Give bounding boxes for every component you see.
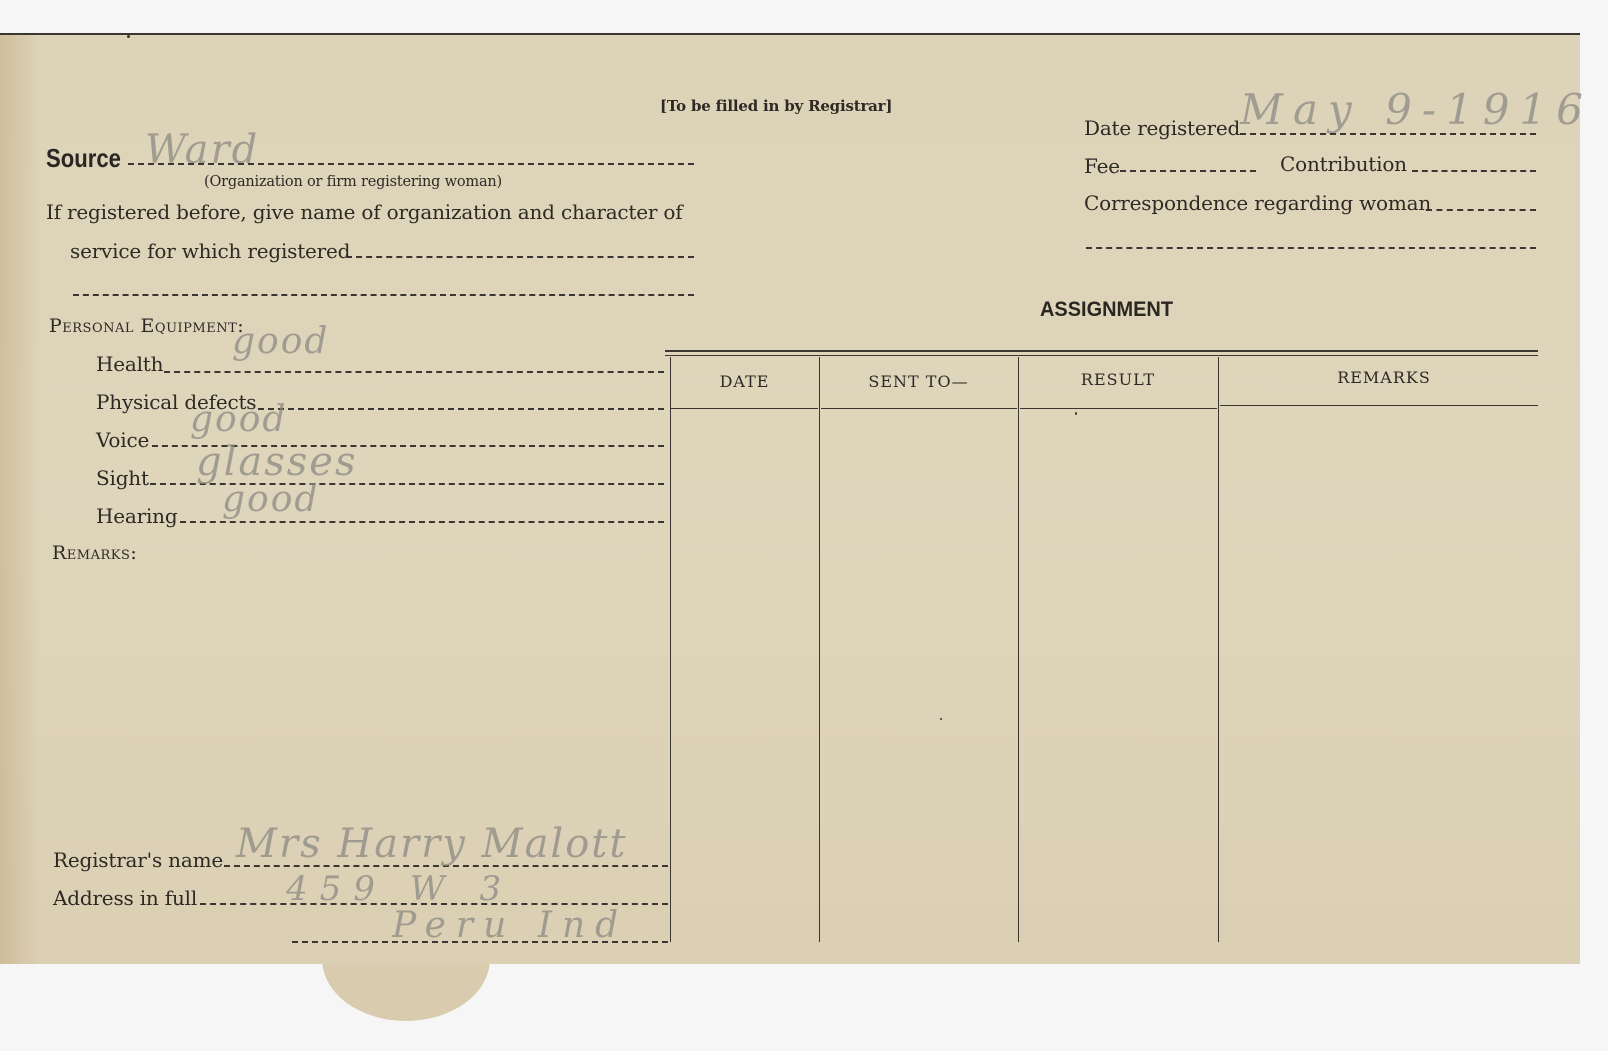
paper-speck xyxy=(940,718,942,720)
previous-registration-line-2 xyxy=(73,294,694,296)
sent-to-header-underline xyxy=(821,408,1017,409)
hearing-label: Hearing xyxy=(96,504,177,528)
paper-speck xyxy=(1075,412,1077,415)
remarks-header-underline xyxy=(1220,405,1538,406)
source-line xyxy=(128,163,694,165)
registrar-name-label: Registrar's name xyxy=(53,848,223,872)
date-registered-line xyxy=(1240,133,1536,135)
assignment-top-rule xyxy=(665,350,1538,352)
contribution-line xyxy=(1412,170,1536,172)
fee-label: Fee xyxy=(1084,154,1120,178)
hearing-value[interactable]: good xyxy=(222,479,319,520)
assignment-top-rule-2 xyxy=(665,355,1538,356)
column-header-sent-to: SENT TO— xyxy=(819,372,1018,391)
correspondence-label: Correspondence regarding woman xyxy=(1084,191,1431,215)
health-value[interactable]: good xyxy=(232,321,329,362)
registrar-note: [To be filled in by Registrar] xyxy=(660,97,892,115)
assignment-date-cell[interactable] xyxy=(672,411,818,941)
previous-registration-prompt: If registered before, give name of organ… xyxy=(46,200,682,224)
correspondence-line-2 xyxy=(1086,247,1536,249)
assignment-result-cell[interactable] xyxy=(1020,411,1217,941)
address-label: Address in full xyxy=(53,886,197,910)
correspondence-line xyxy=(1426,209,1536,211)
source-label: Source xyxy=(46,143,121,174)
personal-equipment-heading: Personal Equipment: xyxy=(49,315,244,337)
date-registered-value[interactable]: May 9-1916 xyxy=(1240,85,1593,134)
source-caption: (Organization or firm registering woman) xyxy=(204,174,502,190)
voice-label: Voice xyxy=(96,428,149,452)
remarks-area[interactable] xyxy=(52,565,652,825)
assignment-title: ASSIGNMENT xyxy=(1040,298,1173,322)
assignment-remarks-cell[interactable] xyxy=(1220,408,1538,941)
column-header-remarks: REMARKS xyxy=(1218,368,1550,387)
health-line xyxy=(164,371,664,373)
contribution-label: Contribution xyxy=(1280,152,1407,176)
hearing-line xyxy=(180,521,664,523)
voice-value[interactable]: good xyxy=(190,399,287,440)
assignment-col-divider-3 xyxy=(1218,357,1219,942)
sight-label: Sight xyxy=(96,466,149,490)
date-registered-label: Date registered xyxy=(1084,116,1240,140)
address-value-line2[interactable]: Peru Ind xyxy=(392,905,628,946)
registrar-name-value[interactable]: Mrs Harry Malott xyxy=(236,821,627,867)
address-value-line1[interactable]: 459 W 3 xyxy=(286,869,513,909)
column-header-result: RESULT xyxy=(1018,370,1218,389)
date-header-underline xyxy=(670,408,818,409)
previous-registration-prompt-cont: service for which registered xyxy=(70,239,350,263)
assignment-col-divider-2 xyxy=(1018,357,1019,942)
physical-defects-line xyxy=(258,408,664,410)
source-value[interactable]: Ward xyxy=(145,127,259,173)
health-label: Health xyxy=(96,352,163,376)
result-header-underline xyxy=(1020,408,1217,409)
fee-line xyxy=(1120,170,1256,172)
remarks-heading: Remarks: xyxy=(52,542,137,564)
assignment-col-divider-1 xyxy=(819,357,820,942)
registration-card: [To be filled in by Registrar] Source Wa… xyxy=(0,33,1580,964)
previous-registration-line xyxy=(346,256,694,258)
column-header-date: DATE xyxy=(670,372,819,391)
paper-speck xyxy=(127,35,130,38)
assignment-col-divider-0 xyxy=(670,357,671,942)
assignment-sent-to-cell[interactable] xyxy=(821,411,1017,941)
